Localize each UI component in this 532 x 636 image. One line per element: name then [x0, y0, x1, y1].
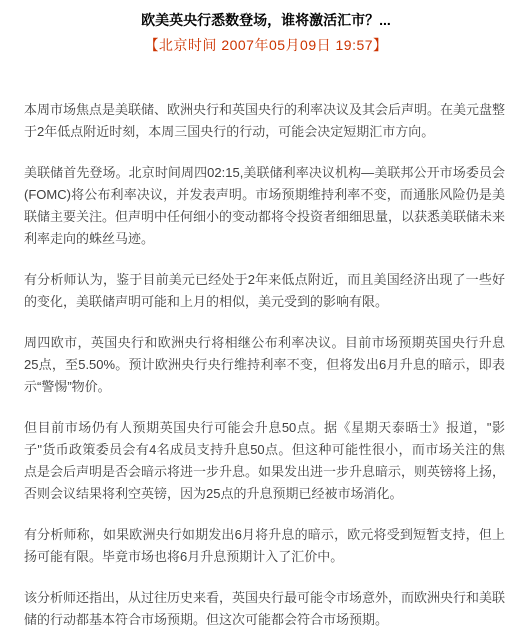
article-paragraph-7: 该分析师还指出，从过往历史来看，英国央行最可能令市场意外，而欧洲央行和美联储的行…	[24, 587, 505, 631]
article-title: 欧美英央行悉数登场，谁将激活汇市？...	[0, 12, 532, 28]
article-paragraph-4: 周四欧市，英国央行和欧洲央行将相继公布利率决议。目前市场预期英国央行升息25点，…	[24, 332, 505, 398]
article-page: 欧美英央行悉数登场，谁将激活汇市？... 【北京时间 2007年05月09日 1…	[0, 0, 532, 636]
article-paragraph-2: 美联储首先登场。北京时间周四02:15,美联储利率决议机构—美联邦公开市场委员会…	[24, 162, 505, 250]
article-timestamp: 【北京时间 2007年05月09日 19:57】	[0, 37, 532, 53]
article-paragraph-1: 本周市场焦点是美联储、欧洲央行和英国央行的利率决议及其会后声明。在美元盘整于2年…	[24, 99, 505, 143]
article-paragraph-3: 有分析师认为，鉴于目前美元已经处于2年来低点附近，而且美国经济出现了一些好的变化…	[24, 269, 505, 313]
article-paragraph-5: 但目前市场仍有人预期英国央行可能会升息50点。据《星期天泰晤士》报道，"影子"货…	[24, 417, 505, 505]
article-body: 本周市场焦点是美联储、欧洲央行和英国央行的利率决议及其会后声明。在美元盘整于2年…	[24, 99, 505, 631]
article-paragraph-6: 有分析师称，如果欧洲央行如期发出6月将升息的暗示，欧元将受到短暂支持，但上扬可能…	[24, 524, 505, 568]
